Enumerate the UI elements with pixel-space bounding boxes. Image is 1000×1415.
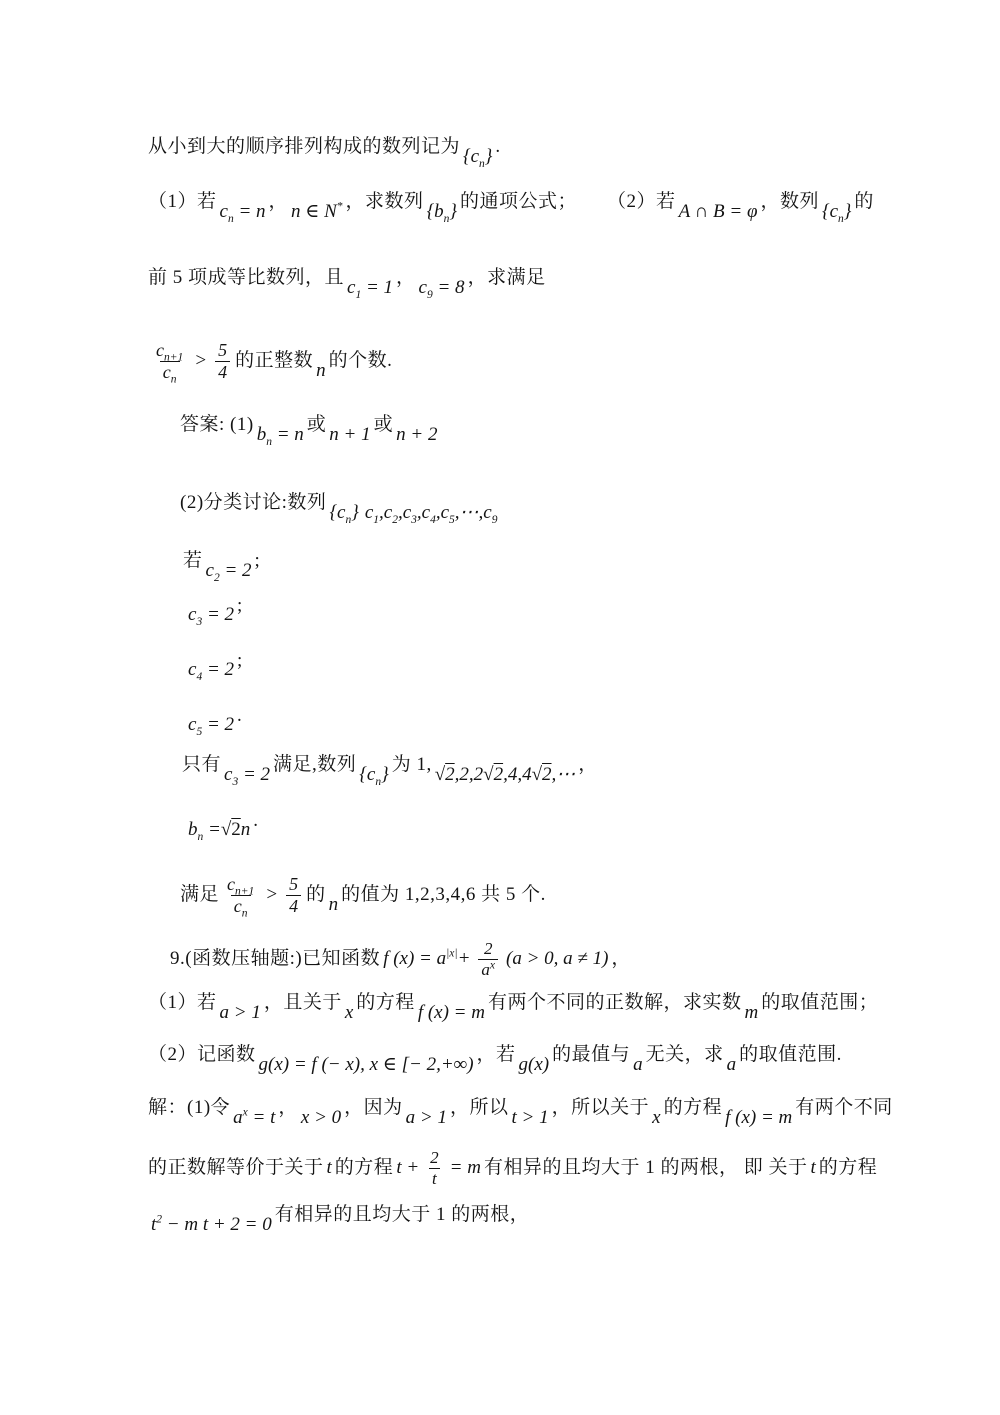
math-rest: }	[485, 146, 493, 167]
math-n-plus-1: n + 1	[329, 424, 370, 445]
zh-text: 有相异的且均大于 1 的两根，	[275, 1204, 530, 1225]
zh-text: ，因为	[344, 1097, 403, 1118]
punct: .	[237, 705, 242, 726]
math-rest: = n	[234, 201, 266, 222]
math-rest: = n	[272, 424, 304, 445]
math-rest: }	[449, 201, 457, 222]
math-base: c	[422, 502, 430, 523]
doc-line-12: bn =√2n.	[185, 818, 259, 842]
denominator: cn	[160, 361, 180, 382]
math-sup: |x|	[446, 948, 457, 960]
math-gt: >	[194, 349, 207, 373]
math-t-gt-1: t > 1	[512, 1107, 549, 1128]
math-sub: n	[242, 907, 248, 919]
punct: .	[495, 136, 500, 157]
math-base: c	[234, 896, 242, 916]
punct: ，	[578, 754, 598, 775]
math-t-plus: t +	[396, 1156, 419, 1180]
math-base: {b	[427, 201, 444, 222]
denominator: t	[429, 1168, 440, 1188]
doc-line-03: 前 5 项成等比数列，且c1 = 1，c9 = 8，求满足	[148, 266, 546, 290]
math-rest: = t	[248, 1107, 276, 1128]
zh-text: 或	[307, 414, 327, 435]
math-base: c	[419, 277, 427, 298]
math-var-t: t	[810, 1156, 815, 1180]
math-var-n: n	[316, 359, 326, 383]
math-c4-eq-2: c4 = 2	[188, 659, 234, 680]
math-base: n ∈ N	[291, 201, 337, 222]
zh-text: 的最值与	[552, 1044, 630, 1065]
math-var: n	[241, 819, 251, 840]
math-rest: ,4,4	[503, 764, 532, 785]
numerator: 2	[481, 939, 496, 958]
punct: ;	[255, 550, 261, 571]
zh-text: 前 5 项成等比数列，且	[148, 267, 344, 288]
zh-text: 若	[183, 550, 203, 571]
math-base: c	[220, 201, 228, 222]
math-c5-eq-2: c5 = 2	[188, 714, 234, 735]
doc-line-08: c3 = 2;	[185, 603, 243, 627]
denominator: 4	[215, 361, 230, 382]
zh-text: （1）若	[148, 992, 217, 1013]
zh-text: （2）若	[607, 191, 676, 212]
math-a-gt-1: a > 1	[220, 1002, 261, 1023]
zh-text: 从小到大的顺序排列构成的数列记为	[148, 136, 460, 157]
math-var-x: x	[652, 1107, 660, 1128]
sqrt-radical: √	[221, 819, 231, 840]
math-gx-def: g(x) = f (− x), x ∈ [− 2,+∞)	[259, 1054, 474, 1075]
math-quadratic-t: t2 − m t + 2 = 0	[151, 1214, 272, 1235]
math-base: {c	[822, 201, 838, 222]
math-var-t: t	[327, 1156, 332, 1180]
zh-text: ，所以	[450, 1097, 509, 1118]
sqrt-radical: √	[532, 764, 542, 785]
math-sub: 9	[492, 514, 498, 526]
math-base: a	[481, 960, 490, 979]
math-base: b	[257, 424, 267, 445]
numerator: cn+1	[153, 340, 186, 360]
fraction-5-over-4: 54	[215, 340, 230, 381]
sqrt-radicand: 2	[494, 764, 504, 785]
math-seq-cn: {cn}	[463, 146, 492, 167]
doc-line-11: 只有c3 = 2满足,数列{cn}为 1,√2,2,2√2,4,4√2,⋯，	[182, 753, 598, 777]
doc-line-17: 解：(1)令ax = t，x > 0，因为a > 1，所以t > 1，所以关于x…	[148, 1096, 893, 1120]
zh-text: (2)分类讨论:数列	[180, 492, 326, 513]
doc-line-18: 的正数解等价于关于t的方程t +2t= m有相异的且均大于 1 的两根， 即 关…	[148, 1143, 877, 1193]
math-base: f (x) = a	[383, 948, 446, 969]
zh-text: 满足	[180, 883, 219, 907]
zh-text: （1）若	[148, 191, 217, 212]
doc-line-15: （1）若a > 1，且关于x的方程f (x) = m有两个不同的正数解，求实数m…	[148, 991, 878, 1015]
denominator: 4	[286, 895, 301, 916]
zh-text: 的取值范围.	[739, 1044, 842, 1065]
math-var-a: a	[633, 1054, 643, 1075]
math-var-m: m	[745, 1002, 759, 1023]
numerator: 2	[427, 1148, 442, 1167]
math-cn-eq-n: cn = n	[220, 201, 266, 222]
fraction-2-over-t: 2t	[427, 1148, 442, 1187]
numerator: cn+1	[224, 874, 257, 894]
math-seq-cn: {cn}	[822, 201, 851, 222]
math-A-cap-B: A ∩ B = φ	[679, 201, 758, 222]
zh-text: 有两个不同的正数解，求实数	[488, 992, 742, 1013]
sqrt-radicand: 2	[542, 764, 552, 785]
zh-text: 的个数.	[329, 349, 393, 373]
punct: ;	[237, 650, 243, 671]
math-ellipsis: ⋯,	[460, 502, 484, 523]
math-base: a	[233, 1107, 243, 1128]
zh-text: 或	[374, 414, 394, 435]
math-sub: n	[171, 373, 177, 385]
zh-text: 的通项公式；	[460, 191, 577, 212]
sqrt-radicand: 2	[231, 819, 241, 840]
zh-text: 答案: (1)	[180, 414, 254, 435]
math-sup: x	[490, 959, 495, 971]
doc-line-13: 满足cn+1cn>54的n的值为 1,2,3,4,6 共 5 个.	[180, 871, 546, 919]
zh-text: （2）记函数	[148, 1044, 256, 1065]
math-var-a: a	[727, 1054, 737, 1075]
math-bn-eq-n: bn = n	[257, 424, 304, 445]
numerator: 5	[215, 340, 230, 360]
math-base: c	[441, 502, 449, 523]
math-var-n: n	[329, 893, 339, 917]
punct: ;	[237, 595, 243, 616]
punct: ，	[278, 1097, 298, 1118]
sqrt-radical: √	[435, 764, 445, 785]
zh-text: ，数列	[761, 191, 820, 212]
punct: ，	[611, 947, 631, 971]
doc-line-04: cn+1cn>54的正整数n的个数.	[148, 337, 392, 385]
doc-line-01: 从小到大的顺序排列构成的数列记为{cn}.	[148, 135, 501, 159]
math-rest: = 2	[202, 659, 234, 680]
math-base: c	[403, 502, 411, 523]
math-n-in-N: n ∈ N*	[291, 201, 343, 222]
math-c3-eq-2: c3 = 2	[224, 764, 270, 785]
math-sqrt-sequence: √2,2,2√2,4,4√2,⋯	[435, 764, 576, 785]
math-gx: g(x)	[519, 1054, 550, 1075]
math-rest: }	[844, 201, 852, 222]
zh-text: 的	[854, 191, 874, 212]
math-fx-eq-m: f (x) = m	[418, 1002, 485, 1023]
math-rest: = 1	[361, 277, 393, 298]
doc-line-14: 9.(函数压轴题:)已知函数f (x) = a|x|+2ax(a > 0, a …	[170, 936, 631, 982]
doc-line-19: t2 − m t + 2 = 0有相异的且均大于 1 的两根，	[148, 1203, 529, 1227]
math-rest: ,2,2	[455, 764, 484, 785]
math-base: b	[188, 819, 198, 840]
denominator: ax	[478, 959, 498, 979]
zh-text: 有相异的且均大于 1 的两根， 即 关于	[484, 1156, 808, 1180]
zh-text: ，且关于	[264, 992, 342, 1013]
fraction-cn1-over-cn: cn+1cn	[153, 340, 186, 381]
zh-text: 9.(函数压轴题:)已知函数	[170, 947, 380, 971]
punct: ，	[269, 191, 289, 212]
math-eq-m: = m	[450, 1156, 481, 1180]
math-seq-bn: {bn}	[427, 201, 457, 222]
document-page: { "page": { "background": "#ffffff", "in…	[0, 0, 1000, 1415]
math-rest: = 2	[220, 560, 252, 581]
doc-line-07: 若c2 = 2;	[183, 549, 260, 573]
math-base: c	[483, 502, 491, 523]
math-base: c	[156, 340, 164, 360]
math-base: c	[163, 362, 171, 382]
doc-line-09: c4 = 2;	[185, 658, 243, 682]
denominator: cn	[231, 895, 251, 916]
zh-text: 的值为 1,2,3,4,6 共 5 个.	[341, 883, 546, 907]
sqrt-radicand: 2	[445, 764, 455, 785]
fraction-5-over-4: 54	[286, 874, 301, 915]
math-rest: }	[351, 502, 359, 523]
zh-text: 解：(1)令	[148, 1097, 230, 1118]
math-base: c	[206, 560, 214, 581]
math-c2-eq-2: c2 = 2	[206, 560, 252, 581]
doc-line-05: 答案: (1)bn = n或n + 1或n + 2	[180, 413, 440, 437]
math-base: c	[365, 502, 373, 523]
fraction-2-over-ax: 2ax	[478, 939, 498, 978]
math-rest: =	[203, 819, 221, 840]
math-base: {c	[463, 146, 479, 167]
doc-line-10: c5 = 2.	[185, 713, 242, 737]
zh-text: 的	[306, 883, 326, 907]
math-rest: − m t + 2 = 0	[162, 1214, 272, 1235]
math-rest: = 2	[202, 714, 234, 735]
math-x-gt-0: x > 0	[301, 1107, 341, 1128]
math-c-sequence: c1,c2,c3,c4,c5,⋯,c9	[365, 502, 498, 523]
doc-line-06: (2)分类讨论:数列{cn}c1,c2,c3,c4,c5,⋯,c9	[180, 491, 500, 515]
doc-line-16: （2）记函数g(x) = f (− x), x ∈ [− 2,+∞)，若g(x)…	[148, 1043, 842, 1067]
zh-text: ，所以关于	[552, 1097, 650, 1118]
math-bn-eq-sqrt2n: bn =√2n	[188, 819, 250, 840]
math-base: {c	[359, 764, 375, 785]
zh-text: 的方程	[664, 1097, 723, 1118]
math-rest: = 2	[238, 764, 270, 785]
math-c1-eq-1: c1 = 1	[347, 277, 393, 298]
math-a-gt-1: a > 1	[406, 1107, 447, 1128]
zh-text: 满足,数列	[273, 754, 356, 775]
zh-text: ，求满足	[468, 267, 546, 288]
math-fx-def: f (x) = a|x|+	[383, 947, 470, 971]
math-rest: = 2	[202, 604, 234, 625]
zh-text: ，求数列	[346, 191, 424, 212]
zh-text: 的正数解等价于关于	[148, 1156, 324, 1180]
punct: ，	[396, 267, 416, 288]
math-base: c	[384, 502, 392, 523]
math-plus: +	[458, 948, 471, 969]
punct: .	[253, 810, 258, 831]
math-seq-cn: {cn}	[359, 764, 388, 785]
numerator: 5	[286, 874, 301, 894]
zh-text: 的方程	[819, 1156, 878, 1180]
sqrt-radical: √	[483, 764, 493, 785]
math-base: c	[227, 874, 235, 894]
math-base: {c	[329, 502, 345, 523]
math-sup: *	[337, 201, 343, 213]
zh-text: 无关，求	[646, 1044, 724, 1065]
math-rest: ,⋯	[552, 764, 576, 785]
zh-text: 为 1,	[392, 754, 432, 775]
math-rest: = 8	[433, 277, 465, 298]
zh-text: 只有	[182, 754, 221, 775]
zh-text: 有两个不同	[795, 1097, 893, 1118]
math-fx-eq-m: f (x) = m	[725, 1107, 792, 1128]
math-c9-eq-8: c9 = 8	[419, 277, 465, 298]
zh-text: 的方程	[335, 1156, 394, 1180]
math-var-x: x	[345, 1002, 353, 1023]
zh-text: 的取值范围；	[761, 992, 878, 1013]
math-ax-eq-t: ax = t	[233, 1107, 275, 1128]
math-n-plus-2: n + 2	[396, 424, 437, 445]
math-c3-eq-2: c3 = 2	[188, 604, 234, 625]
zh-text: 的正整数	[235, 349, 313, 373]
zh-text: ，若	[477, 1044, 516, 1065]
zh-text: 的方程	[356, 992, 415, 1013]
math-rest: }	[381, 764, 389, 785]
math-gt: >	[265, 883, 278, 907]
math-seq-cn: {cn}	[329, 502, 358, 523]
math-conditions: (a > 0, a ≠ 1)	[506, 947, 608, 971]
fraction-cn1-over-cn: cn+1cn	[224, 874, 257, 915]
doc-line-02: （1）若cn = n，n ∈ N*，求数列{bn}的通项公式；（2）若A ∩ B…	[148, 190, 874, 214]
